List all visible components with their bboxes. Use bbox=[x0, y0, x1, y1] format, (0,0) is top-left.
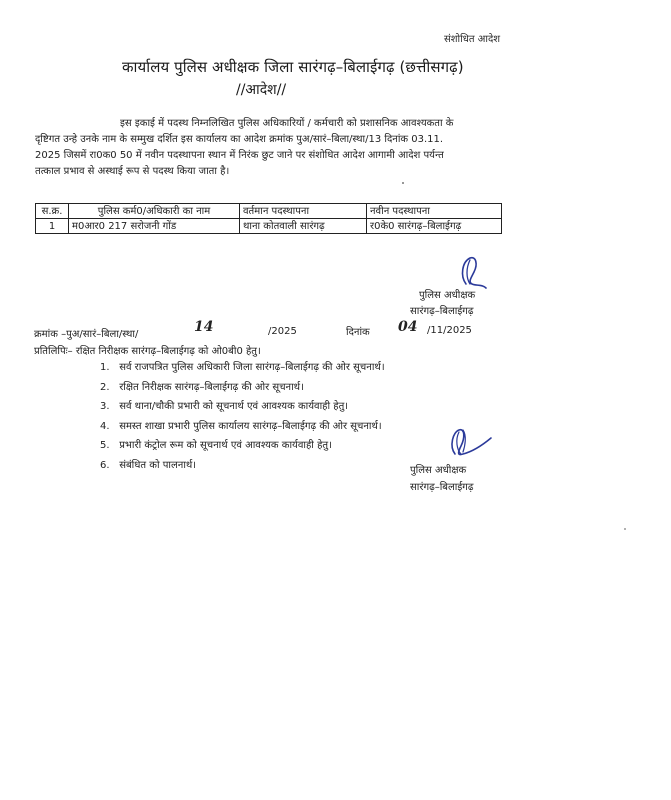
list-item: 4. समस्त शाखा प्रभारी पुलिस कार्यालय सार… bbox=[100, 417, 385, 437]
table-row: 1 म0आर0 217 सरोजनी गोंड थाना कोतवाली सार… bbox=[36, 219, 502, 234]
signature-2-icon bbox=[445, 424, 495, 462]
list-item: 3. सर्व थाना/चौकी प्रभारी को सूचनार्थ एव… bbox=[100, 397, 385, 417]
list-item: 5. प्रभारी कंट्रोल रूम को सूचनार्थ एवं आ… bbox=[100, 436, 385, 456]
col-serial-header: स.क्र. bbox=[36, 204, 69, 219]
paragraph-line: तत्काल प्रभाव से अस्थाई रूप से पदस्थ किय… bbox=[35, 164, 615, 180]
handwritten-day: 04 bbox=[398, 319, 417, 335]
amended-order-label: संशोधित आदेश bbox=[444, 31, 500, 45]
date-month-year: /11/2025 bbox=[427, 325, 472, 336]
table-header-row: स.क्र. पुलिस कर्म0/अधिकारी का नाम वर्तमा… bbox=[36, 204, 502, 219]
posting-table: स.क्र. पुलिस कर्म0/अधिकारी का नाम वर्तमा… bbox=[35, 203, 502, 234]
paragraph-line: 2025 जिसमें रा0क0 50 में नवीन पदस्थापना … bbox=[35, 148, 615, 164]
paragraph-line: दृष्टिगत उन्हे उनके नाम के सम्मुख दर्शित… bbox=[35, 132, 615, 148]
reference-year: /2025 bbox=[268, 326, 297, 337]
col-name-header: पुलिस कर्म0/अधिकारी का नाम bbox=[69, 204, 240, 219]
list-item: 2. रक्षित निरीक्षक सारंगढ़–बिलाईगढ़ की ओ… bbox=[100, 378, 385, 398]
copy-to-intro: प्रतिलिपिः– रक्षित निरीक्षक सारंगढ़–बिला… bbox=[34, 343, 261, 357]
reference-number-prefix: क्रमांक –पुअ/सारं–बिला/स्था/ bbox=[34, 326, 138, 340]
order-paragraph: इस इकाई में पदस्थ निम्नलिखित पुलिस अधिका… bbox=[35, 116, 615, 180]
distribution-list: 1. सर्व राजपत्रित पुलिस अधिकारी जिला सार… bbox=[100, 358, 385, 475]
col-current-posting-header: वर्तमान पदस्थापना bbox=[240, 204, 367, 219]
order-heading: //आदेश// bbox=[236, 80, 286, 99]
cell-serial: 1 bbox=[36, 219, 69, 234]
handwritten-reference-number: 14 bbox=[194, 319, 213, 335]
signatory-place: सारंगढ़–बिलाईगढ़ bbox=[410, 303, 474, 317]
signatory-place: सारंगढ़–बिलाईगढ़ bbox=[410, 479, 474, 493]
list-item: 1. सर्व राजपत्रित पुलिस अधिकारी जिला सार… bbox=[100, 358, 385, 378]
col-new-posting-header: नवीन पदस्थापना bbox=[367, 204, 502, 219]
scan-speck bbox=[402, 182, 404, 184]
paragraph-line: इस इकाई में पदस्थ निम्नलिखित पुलिस अधिका… bbox=[35, 116, 615, 132]
list-item: 6. संबंधित को पालनार्थ। bbox=[100, 456, 385, 476]
office-title: कार्यालय पुलिस अधीक्षक जिला सारंगढ़–बिला… bbox=[122, 57, 464, 77]
date-label: दिनांक bbox=[346, 324, 370, 338]
scan-speck bbox=[624, 528, 626, 530]
signatory-designation: पुलिस अधीक्षक bbox=[410, 462, 466, 476]
cell-current-posting: थाना कोतवाली सारंगढ़ bbox=[240, 219, 367, 234]
cell-new-posting: र0के0 सारंगढ़–बिलाईगढ़ bbox=[367, 219, 502, 234]
signatory-designation: पुलिस अधीक्षक bbox=[419, 287, 475, 301]
cell-name: म0आर0 217 सरोजनी गोंड bbox=[69, 219, 240, 234]
